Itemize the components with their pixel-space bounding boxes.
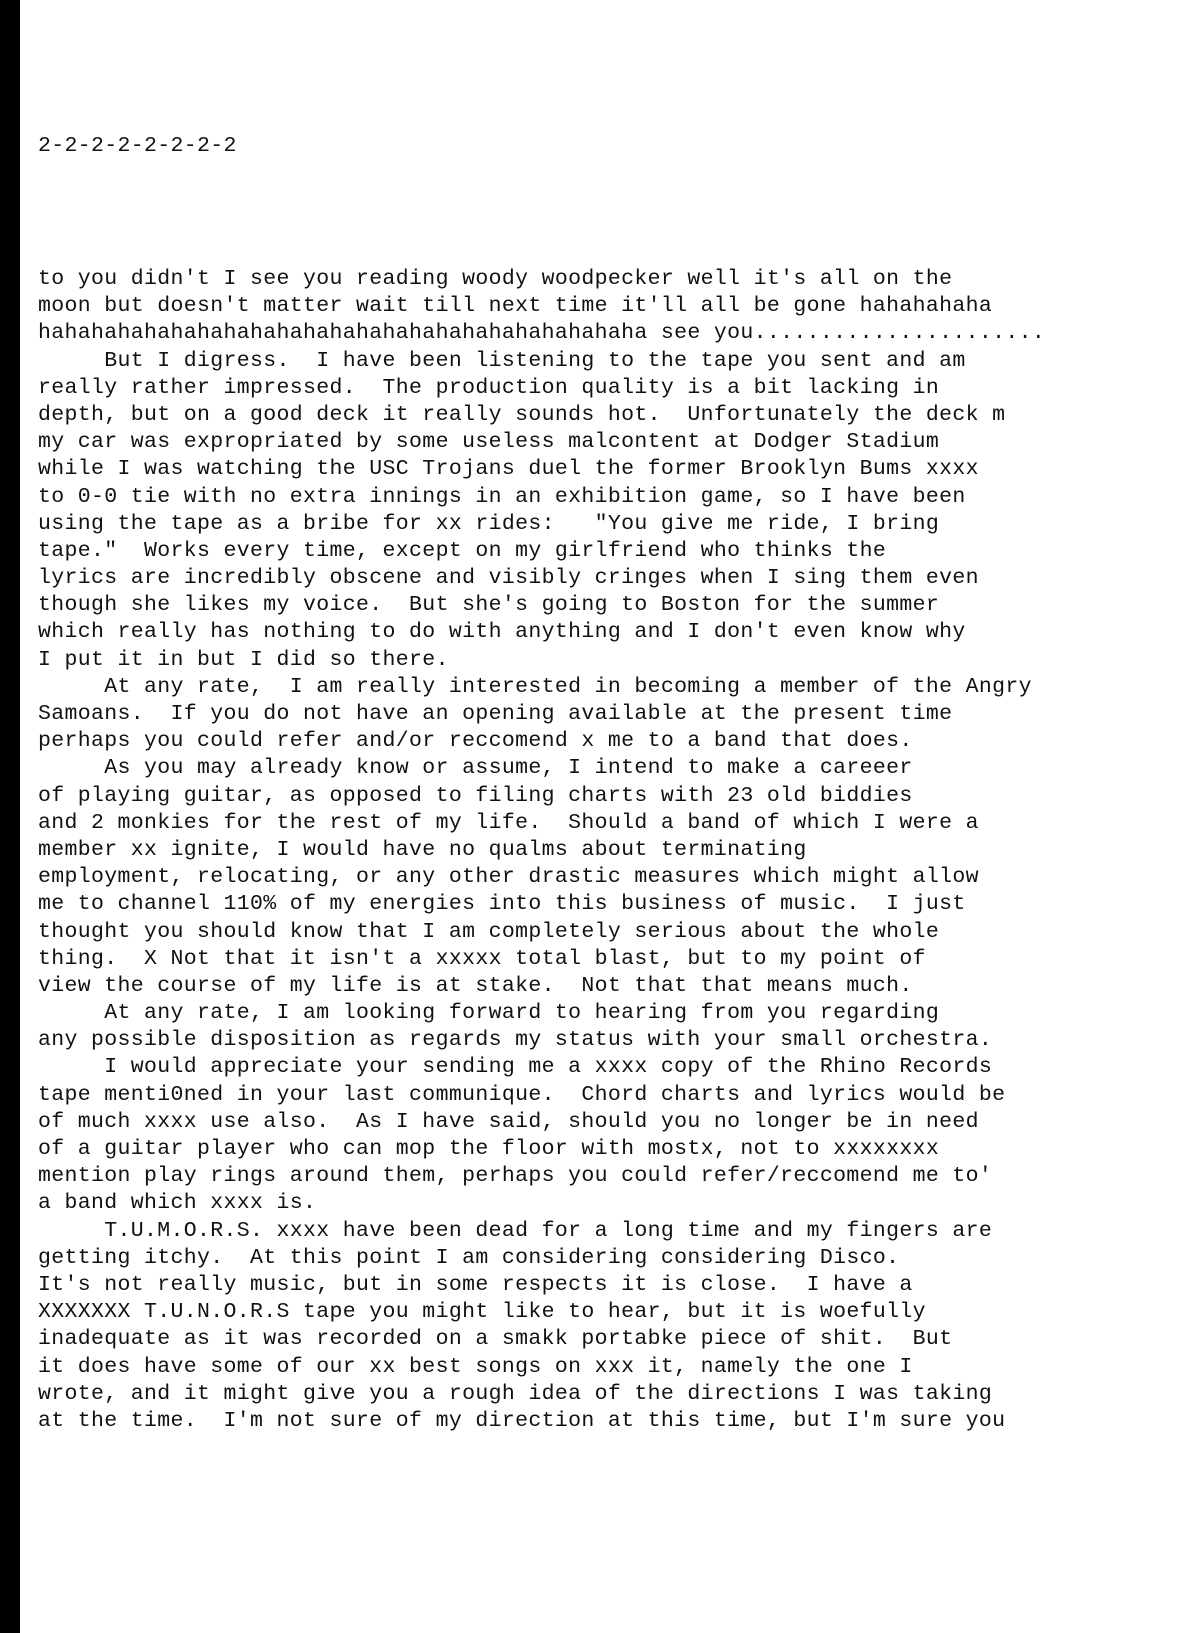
text-line: and 2 monkies for the rest of my life. S… (38, 810, 1045, 837)
text-line: to you didn't I see you reading woody wo… (38, 266, 1045, 293)
text-line: thing. X Not that it isn't a xxxxx total… (38, 946, 1045, 973)
text-line: perhaps you could refer and/or reccomend… (38, 728, 1045, 755)
text-line: wrote, and it might give you a rough ide… (38, 1381, 1045, 1408)
text-line: view the course of my life is at stake. … (38, 973, 1045, 1000)
text-line: of a guitar player who can mop the floor… (38, 1136, 1045, 1163)
text-line: At any rate, I am really interested in b… (38, 674, 1045, 701)
text-line: mention play rings around them, perhaps … (38, 1163, 1045, 1190)
text-line: But I digress. I have been listening to … (38, 348, 1045, 375)
text-line: it does have some of our xx best songs o… (38, 1354, 1045, 1381)
text-line: of playing guitar, as opposed to filing … (38, 783, 1045, 810)
text-line: lyrics are incredibly obscene and visibl… (38, 565, 1045, 592)
text-line: employment, relocating, or any other dra… (38, 864, 1045, 891)
text-line: at the time. I'm not sure of my directio… (38, 1408, 1045, 1435)
text-line: me to channel 110% of my energies into t… (38, 891, 1045, 918)
text-line: As you may already know or assume, I int… (38, 755, 1045, 782)
text-line: to 0-0 tie with no extra innings in an e… (38, 484, 1045, 511)
text-line: of much xxxx use also. As I have said, s… (38, 1109, 1045, 1136)
text-line: I put it in but I did so there. (38, 647, 1045, 674)
text-line: Samoans. If you do not have an opening a… (38, 701, 1045, 728)
text-line: T.U.M.O.R.S. xxxx have been dead for a l… (38, 1218, 1045, 1245)
text-line: XXXXXXX T.U.N.O.R.S tape you might like … (38, 1299, 1045, 1326)
text-line: tape menti0ned in your last communique. … (38, 1082, 1045, 1109)
text-line: a band which xxxx is. (38, 1190, 1045, 1217)
text-line: hahahahahahahahahahahahahahahahahahahaha… (38, 320, 1045, 347)
page-number: 2-2-2-2-2-2-2-2 (38, 134, 237, 158)
text-line: inadequate as it was recorded on a smakk… (38, 1326, 1045, 1353)
text-line: tape." Works every time, except on my gi… (38, 538, 1045, 565)
text-line: any possible disposition as regards my s… (38, 1027, 1045, 1054)
text-line: It's not really music, but in some respe… (38, 1272, 1045, 1299)
text-line: using the tape as a bribe for xx rides: … (38, 511, 1045, 538)
scan-left-border (0, 0, 20, 1633)
text-line: though she likes my voice. But she's goi… (38, 592, 1045, 619)
text-line: depth, but on a good deck it really soun… (38, 402, 1045, 429)
text-line: getting itchy. At this point I am consid… (38, 1245, 1045, 1272)
letter-body: to you didn't I see you reading woody wo… (38, 266, 1045, 1435)
typewritten-letter-page: 2-2-2-2-2-2-2-2 to you didn't I see you … (38, 0, 1184, 1633)
text-line: thought you should know that I am comple… (38, 919, 1045, 946)
text-line: I would appreciate your sending me a xxx… (38, 1054, 1045, 1081)
text-line: while I was watching the USC Trojans due… (38, 456, 1045, 483)
text-line: which really has nothing to do with anyt… (38, 619, 1045, 646)
text-line: At any rate, I am looking forward to hea… (38, 1000, 1045, 1027)
text-line: moon but doesn't matter wait till next t… (38, 293, 1045, 320)
text-line: really rather impressed. The production … (38, 375, 1045, 402)
text-line: my car was expropriated by some useless … (38, 429, 1045, 456)
text-line: member xx ignite, I would have no qualms… (38, 837, 1045, 864)
